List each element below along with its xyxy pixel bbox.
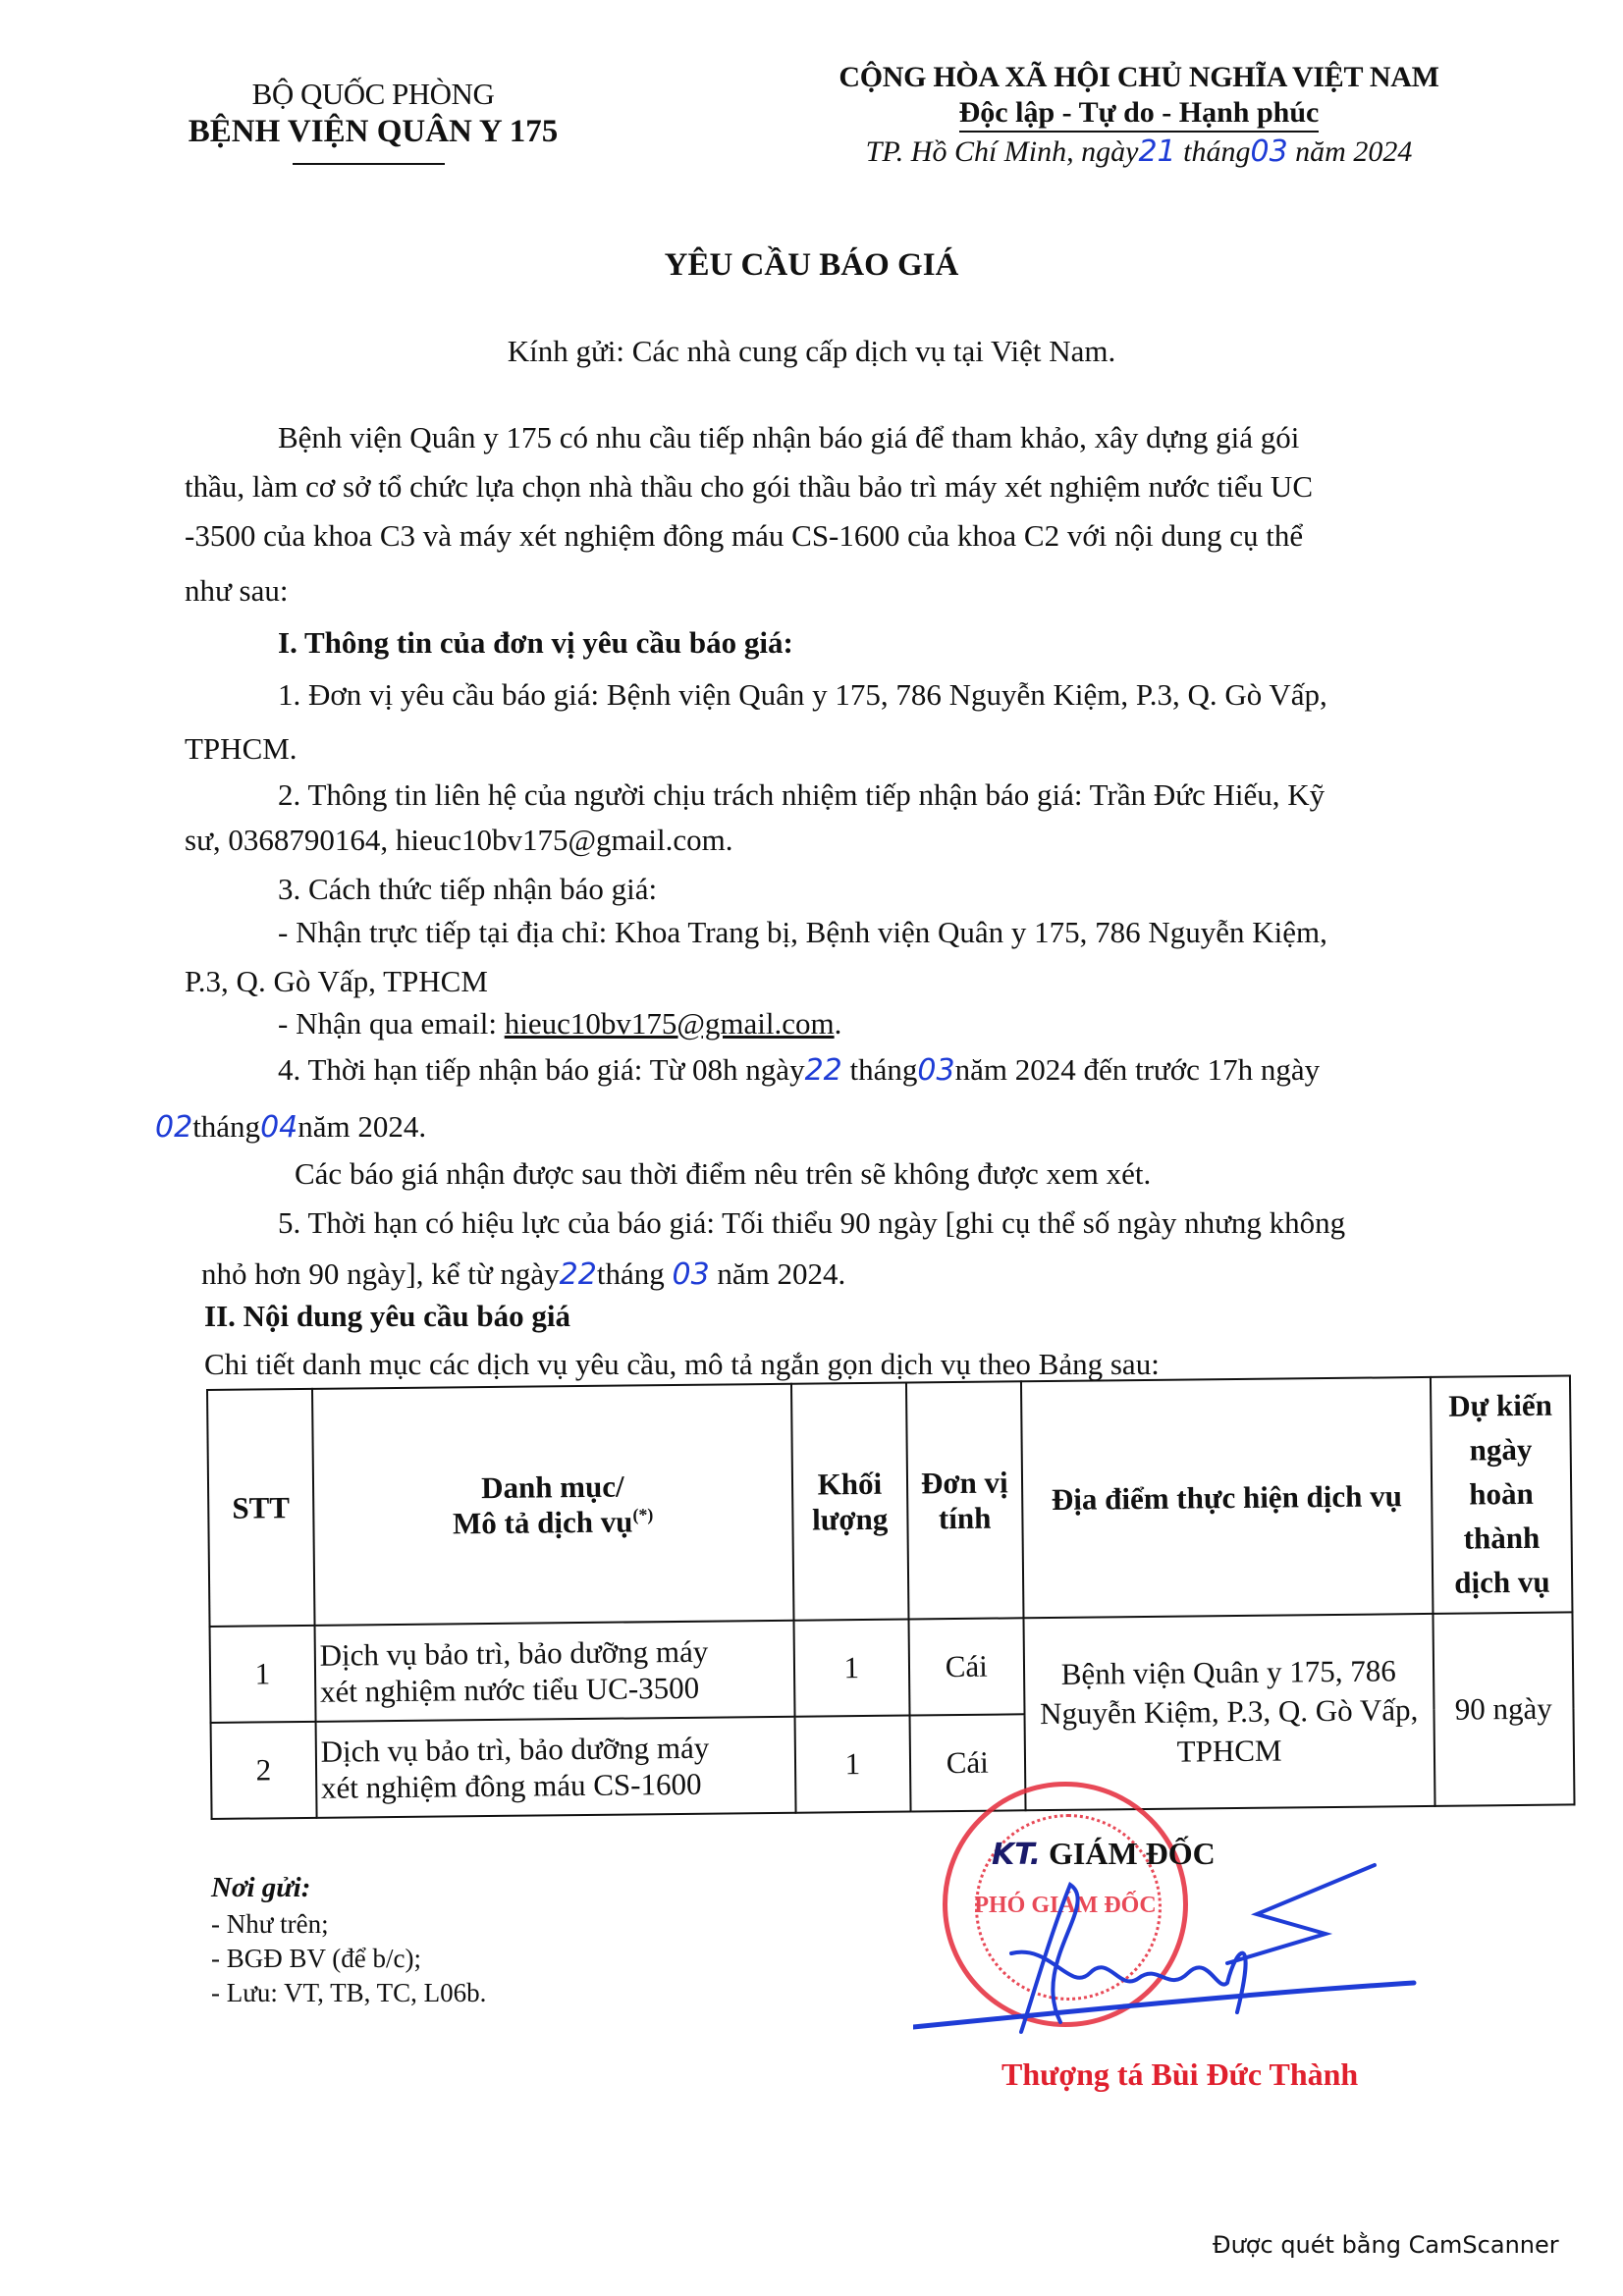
greeting: Kính gửi: Các nhà cung cấp dịch vụ tại V… — [0, 334, 1623, 369]
item-3: 3. Cách thức tiếp nhận báo giá: — [185, 872, 657, 907]
recipients-heading: Nơi gửi: — [211, 1870, 486, 1907]
item-2-line-a: 2. Thông tin liên hệ của người chịu trác… — [185, 777, 1325, 813]
header-quantity: Khốilượng — [791, 1383, 908, 1621]
row-quantity: 1 — [794, 1716, 910, 1813]
date-month: 03 — [1250, 134, 1287, 169]
row-eta: 90 ngày — [1433, 1612, 1574, 1805]
table-row: 1 Dịch vụ bảo trì, bảo dưỡng máyxét nghi… — [210, 1612, 1574, 1723]
recipient-item: - Lưu: VT, TB, TC, L06b. — [211, 1976, 486, 2010]
section-2-intro: Chi tiết danh mục các dịch vụ yêu cầu, m… — [204, 1347, 1160, 1382]
late-note: Các báo giá nhận được sau thời điểm nêu … — [201, 1156, 1151, 1192]
row-description: Dịch vụ bảo trì, bảo dưỡng máyxét nghiệm… — [315, 1717, 795, 1818]
row-description: Dịch vụ bảo trì, bảo dưỡng máyxét nghiệm… — [314, 1621, 794, 1722]
document-date: TP. Hồ Chí Minh, ngày21 tháng03 năm 2024 — [746, 134, 1532, 169]
header-description: Danh mục/ Mô tả dịch vụ(*) — [312, 1384, 794, 1626]
signer-name: Thượng tá Bùi Đức Thành — [1001, 2056, 1358, 2093]
issuing-authority: BỘ QUỐC PHÒNG BỆNH VIỆN QUÂN Y 175 — [118, 77, 628, 150]
item-5-line-a: 5. Thời hạn có hiệu lực của báo giá: Tối… — [185, 1205, 1345, 1241]
country-name: CỘNG HÒA XÃ HỘI CHỦ NGHĨA VIỆT NAM — [746, 61, 1532, 94]
header-unit: Đơn vịtính — [906, 1381, 1023, 1619]
row-stt: 1 — [210, 1626, 316, 1723]
row-unit: Cái — [908, 1618, 1024, 1715]
recipients-block: Nơi gửi: - Như trên; - BGĐ BV (để b/c); … — [211, 1870, 486, 2010]
item-4-line-b: 02tháng04năm 2024. — [155, 1109, 426, 1145]
row-quantity: 1 — [793, 1620, 909, 1717]
header-location: Địa điểm thực hiện dịch vụ — [1021, 1377, 1433, 1618]
item-1-line-b: TPHCM. — [185, 731, 298, 767]
email-link[interactable]: hieuc10bv175@gmail.com — [505, 1006, 835, 1041]
header-stt: STT — [207, 1389, 314, 1627]
item-1-line-a: 1. Đơn vị yêu cầu báo giá: Bệnh viện Quâ… — [185, 677, 1327, 713]
row-stt: 2 — [211, 1722, 317, 1819]
national-header: CỘNG HÒA XÃ HỘI CHỦ NGHĨA VIỆT NAM Độc l… — [746, 61, 1532, 169]
hospital-underline — [293, 163, 445, 165]
date-day: 21 — [1138, 134, 1175, 169]
row-location: Bệnh viện Quân y 175, 786 Nguyễn Kiệm, P… — [1023, 1614, 1434, 1810]
item-3-direct-a: - Nhận trực tiếp tại địa chỉ: Khoa Trang… — [185, 915, 1327, 950]
intro-line-2: thầu, làm cơ sở tổ chức lựa chọn nhà thầ… — [185, 469, 1313, 505]
recipient-item: - Như trên; — [211, 1907, 486, 1942]
header-eta: Dự kiến ngày hoàn thành dịch vụ — [1431, 1375, 1573, 1613]
recipient-item: - BGĐ BV (để b/c); — [211, 1942, 486, 1976]
intro-line-1: Bệnh viện Quân y 175 có nhu cầu tiếp nhậ… — [185, 420, 1299, 455]
table-header-row: STT Danh mục/ Mô tả dịch vụ(*) Khốilượng… — [207, 1375, 1572, 1627]
scanner-watermark: Được quét bằng CamScanner — [1213, 2231, 1559, 2259]
services-table: STT Danh mục/ Mô tả dịch vụ(*) Khốilượng… — [206, 1374, 1576, 1820]
item-2-line-b: sư, 0368790164, hieuc10bv175@gmail.com. — [185, 823, 733, 858]
item-5-line-b: nhỏ hơn 90 ngày], kể từ ngày22tháng 03 n… — [201, 1256, 845, 1292]
section-1-heading: I. Thông tin của đơn vị yêu cầu báo giá: — [185, 625, 793, 661]
intro-line-4: như sau: — [185, 573, 289, 609]
item-3-email: - Nhận qua email: hieuc10bv175@gmail.com… — [185, 1006, 841, 1041]
intro-line-3: -3500 của khoa C3 và máy xét nghiệm đông… — [185, 518, 1303, 554]
signature-icon — [913, 1845, 1424, 2042]
document-title: YÊU CẦU BÁO GIÁ — [0, 247, 1623, 284]
motto: Độc lập - Tự do - Hạnh phúc — [959, 96, 1320, 133]
item-3-direct-b: P.3, Q. Gò Vấp, TPHCM — [185, 964, 488, 999]
item-4-line-a: 4. Thời hạn tiếp nhận báo giá: Từ 08h ng… — [185, 1052, 1320, 1088]
hospital-name: BỆNH VIỆN QUÂN Y 175 — [118, 114, 628, 150]
section-2-heading: II. Nội dung yêu cầu báo giá — [204, 1299, 570, 1334]
ministry-name: BỘ QUỐC PHÒNG — [118, 77, 628, 112]
